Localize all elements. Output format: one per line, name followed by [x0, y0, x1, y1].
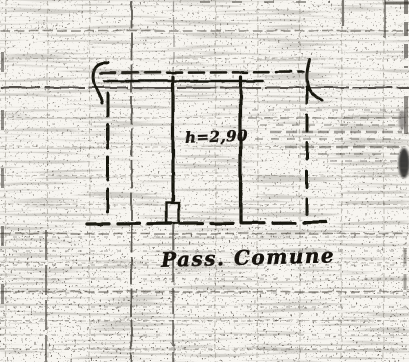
speckle-noise-bottom-overlay — [0, 226, 409, 362]
scanned-plan-page: h=2,90 Pass. Comune — [0, 0, 409, 362]
plan-svg: h=2,90 Pass. Comune — [0, 0, 409, 362]
